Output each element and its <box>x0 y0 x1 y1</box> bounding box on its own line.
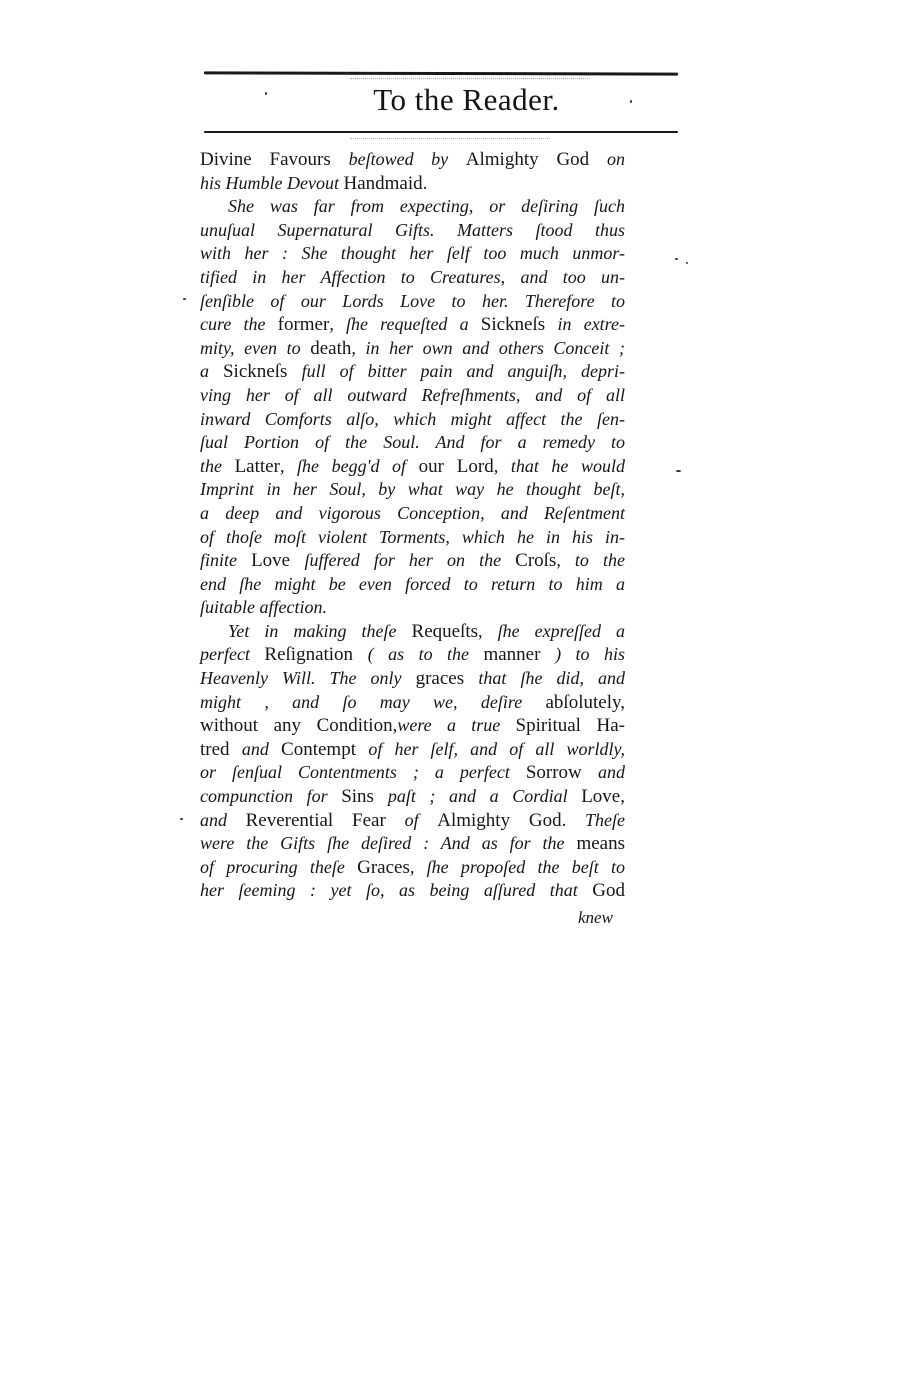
italic-run: her ſeeming : yet ſo, as being aſſured t… <box>200 880 592 900</box>
header-bottom-rule <box>204 131 678 133</box>
text-line: inward Comforts alſo, which might affect… <box>200 408 625 432</box>
roman-run: Love <box>251 550 304 571</box>
roman-run: Latter <box>235 456 280 477</box>
italic-run: of her ſelf, and of all worldly, <box>368 739 625 759</box>
italic-run: compunction for <box>200 786 341 806</box>
italic-run: were the Gifts ſhe deſired : And as for … <box>200 833 576 853</box>
italic-run: ) to his <box>555 644 625 664</box>
page-heading-text: To the Reader. <box>363 82 559 117</box>
text-line: Heavenly Will. The only graces that ſhe … <box>200 667 625 691</box>
text-line: might , and ſo may we, deſire abſolutely… <box>200 691 625 715</box>
text-line: ſenſible of our Lords Love to her. There… <box>200 290 625 314</box>
italic-run: of procuring theſe <box>200 857 357 877</box>
italic-run: that ſhe did, and <box>478 668 625 688</box>
text-line: ving her of all outward Refreſhments, an… <box>200 384 625 408</box>
roman-run: Almighty God <box>466 149 607 170</box>
italic-run: and <box>598 762 625 782</box>
margin-speck <box>686 262 688 264</box>
italic-run: inward Comforts alſo, which might affect… <box>200 409 625 429</box>
italic-run: paſt ; and a Cordial <box>388 786 581 806</box>
text-line: Divine Favours beſtowed by Almighty God … <box>200 148 625 172</box>
italic-run: in extre- <box>558 314 625 334</box>
italic-run: were a true <box>397 715 515 735</box>
italic-run: a deep and vigorous Conception, and Reſe… <box>200 503 625 523</box>
italic-run: his Humble Devout <box>200 173 343 193</box>
text-line: perfect Reſignation ( as to the manner )… <box>200 643 625 667</box>
roman-run: former <box>278 314 330 335</box>
italic-run: Theſe <box>566 810 625 830</box>
text-line: a deep and vigorous Conception, and Reſe… <box>200 502 625 526</box>
text-line: finite Love ſuffered for her on the Croſ… <box>200 549 625 573</box>
italic-run: , ſhe expreſſed a <box>478 621 625 641</box>
text-line: cure the former, ſhe requeſted a Sickneſ… <box>200 313 625 337</box>
roman-run: Divine Favours <box>200 149 349 170</box>
italic-run: , to the <box>556 550 625 570</box>
header-bottom-specks <box>350 138 550 140</box>
roman-run: God <box>592 880 625 901</box>
roman-run: Sorrow <box>526 762 598 783</box>
text-line: with her : She thought her ſelf too much… <box>200 242 625 266</box>
italic-run: ſual Portion of the Soul. And for a reme… <box>200 432 625 452</box>
roman-run: Croſs <box>515 550 556 571</box>
italic-run: finite <box>200 550 251 570</box>
roman-run: Sins <box>341 786 388 807</box>
margin-speck <box>630 100 632 103</box>
italic-run: cure the <box>200 314 278 334</box>
roman-run: death <box>310 338 351 359</box>
italic-run: of <box>405 810 438 830</box>
italic-run: unuſual Supernatural Gifts. Matters ſtoo… <box>200 220 625 240</box>
italic-run: Heavenly Will. The only <box>200 668 416 688</box>
roman-run: Reverential Fear <box>246 810 405 831</box>
book-page: To the Reader. Divine Favours beſtowed b… <box>0 0 923 1382</box>
italic-run: full of bitter pain and anguiſh, depri- <box>302 361 625 381</box>
text-line: tred and Contempt of her ſelf, and of al… <box>200 738 625 762</box>
italic-run: a <box>200 361 223 381</box>
text-line: unuſual Supernatural Gifts. Matters ſtoo… <box>200 219 625 243</box>
italic-run: , ſhe propoſed the beſt to <box>410 857 625 877</box>
text-line: compunction for Sins paſt ; and a Cordia… <box>200 785 625 809</box>
italic-run: on <box>607 149 625 169</box>
roman-run: without any Condition, <box>200 715 397 736</box>
italic-run: Imprint in her Soul, by what way he thou… <box>200 479 625 499</box>
text-line: or ſenſual Contentments ; a perfect Sorr… <box>200 761 625 785</box>
italic-run: the <box>200 456 235 476</box>
roman-run: means <box>576 833 625 854</box>
italic-run: end ſhe might be even forced to return t… <box>200 574 625 594</box>
italic-run: , that he would <box>494 456 625 476</box>
margin-speck <box>180 818 183 820</box>
roman-run: Sickneſs <box>481 314 558 335</box>
italic-run: ſenſible of our Lords Love to her. There… <box>200 291 625 311</box>
text-line: ſuitable affection. <box>200 596 625 620</box>
text-line: his Humble Devout Handmaid. <box>200 172 625 196</box>
italic-run: tified in her Affection to Creatures, an… <box>200 267 625 287</box>
text-line: without any Condition,were a true Spirit… <box>200 714 625 738</box>
italic-run: ſuffered for her on the <box>304 550 515 570</box>
roman-run: Graces <box>357 857 410 878</box>
text-line: ſual Portion of the Soul. And for a reme… <box>200 431 625 455</box>
italic-run: , ſhe requeſted a <box>329 314 480 334</box>
italic-run: She was far from expecting, or deſiring … <box>228 196 625 216</box>
roman-run: Requeſts <box>412 621 479 642</box>
text-line: of thoſe moſt violent Torments, which he… <box>200 526 625 550</box>
text-line: She was far from expecting, or deſiring … <box>200 195 625 219</box>
roman-run: Contempt <box>281 739 368 760</box>
text-line: end ſhe might be even forced to return t… <box>200 573 625 597</box>
header-top-rule <box>204 71 678 75</box>
roman-run: abſolutely, <box>546 692 626 713</box>
italic-run: or ſenſual Contentments ; a perfect <box>200 762 526 782</box>
text-line: mity, even to death, in her own and othe… <box>200 337 625 361</box>
italic-run: ſuitable affection. <box>200 597 327 617</box>
margin-speck <box>675 258 678 260</box>
italic-run: ving her of all outward Refreſhments, an… <box>200 385 625 405</box>
italic-run: Yet in making theſe <box>228 621 412 641</box>
page-heading: To the Reader. <box>0 82 923 118</box>
roman-run: our Lord <box>419 456 494 477</box>
italic-run: , in her own and others Conceit ; <box>351 338 625 358</box>
roman-run: Spiritual Ha- <box>516 715 625 736</box>
text-line: tified in her Affection to Creatures, an… <box>200 266 625 290</box>
italic-run: with her : She thought her ſelf too much… <box>200 243 625 263</box>
catchword: knew <box>578 908 613 928</box>
header-top-specks <box>350 78 590 80</box>
roman-run: graces <box>416 668 479 689</box>
text-line: were the Gifts ſhe deſired : And as for … <box>200 832 625 856</box>
italic-run: and <box>200 810 246 830</box>
italic-run: and <box>242 739 281 759</box>
text-line: the Latter, ſhe begg'd of our Lord, that… <box>200 455 625 479</box>
roman-run: Sickneſs <box>223 361 302 382</box>
margin-speck <box>265 92 267 95</box>
italic-run: might , and ſo may we, deſire <box>200 692 546 712</box>
roman-run: Handmaid. <box>343 173 427 194</box>
roman-run: tred <box>200 739 242 760</box>
italic-run: mity, even to <box>200 338 310 358</box>
text-line: her ſeeming : yet ſo, as being aſſured t… <box>200 879 625 903</box>
roman-run: Reſignation <box>264 644 367 665</box>
margin-speck <box>676 470 681 472</box>
body-text: Divine Favours beſtowed by Almighty God … <box>200 148 625 903</box>
italic-run: ( as to the <box>368 644 484 664</box>
roman-run: manner <box>483 644 555 665</box>
italic-run: perfect <box>200 644 264 664</box>
roman-run: Love, <box>581 786 625 807</box>
margin-speck <box>183 298 186 300</box>
italic-run: , ſhe begg'd of <box>280 456 419 476</box>
italic-run: of thoſe moſt violent Torments, which he… <box>200 527 625 547</box>
text-line: Imprint in her Soul, by what way he thou… <box>200 478 625 502</box>
text-line: and Reverential Fear of Almighty God. Th… <box>200 809 625 833</box>
roman-run: Almighty God. <box>437 810 566 831</box>
italic-run: beſtowed by <box>349 149 466 169</box>
text-line: Yet in making theſe Requeſts, ſhe expreſ… <box>200 620 625 644</box>
text-line: of procuring theſe Graces, ſhe propoſed … <box>200 856 625 880</box>
text-line: a Sickneſs full of bitter pain and angui… <box>200 360 625 384</box>
